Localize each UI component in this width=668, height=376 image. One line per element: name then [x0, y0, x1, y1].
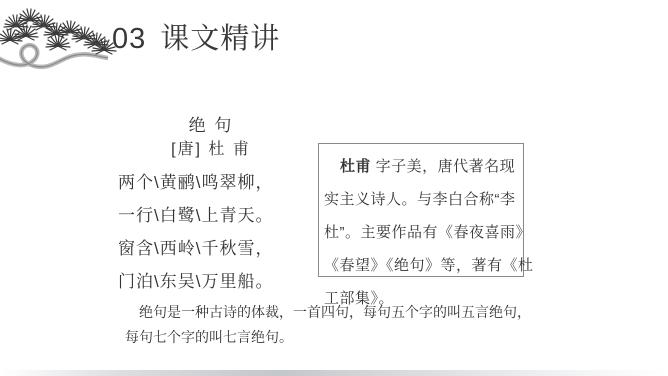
poem-line: 一行\白鹭\上青天。: [118, 199, 304, 232]
note-line: 每句七个字的叫七言绝句。: [125, 325, 545, 350]
section-number: 03: [112, 23, 146, 55]
poem-line: 门泊\东吴\万里船。: [118, 265, 304, 298]
poem-line: 窗含\西岭\千秋雪，: [118, 232, 304, 265]
pine-branch-icon: [0, 6, 118, 78]
note-paragraph: 绝句是一种古诗的体裁，一首四句，每句五个字的叫五言绝句， 每句七个字的叫七言绝句…: [125, 300, 545, 350]
poem-title: 绝 句: [118, 114, 304, 138]
footer-divider-bar: [0, 370, 668, 376]
poem-line: 两个\黄鹂\鸣翠柳，: [118, 166, 304, 199]
author-bio-text: 杜甫 字子美，唐代著名现 实主义诗人。与李白合称“李 杜”。主要作品有《春夜喜雨…: [319, 144, 523, 315]
note-line: 绝句是一种古诗的体裁，一首四句，每句五个字的叫五言绝句，: [125, 300, 545, 325]
bio-line: 杜”。主要作品有《春夜喜雨》: [324, 216, 523, 249]
bio-line: 杜甫 字子美，唐代著名现: [324, 150, 523, 183]
author-bio-box: 杜甫 字子美，唐代著名现 实主义诗人。与李白合称“李 杜”。主要作品有《春夜喜雨…: [318, 143, 524, 277]
section-title: 课文精讲: [160, 23, 280, 55]
page-title: 03课文精讲: [112, 22, 280, 56]
bio-line: 实主义诗人。与李白合称“李: [324, 183, 523, 216]
bio-line-rest: 字子美，唐代著名现: [371, 158, 515, 175]
bio-line: 《春望》《绝句》等，著有《杜: [324, 249, 523, 282]
poem-block: 绝 句 [唐] 杜 甫 两个\黄鹂\鸣翠柳， 一行\白鹭\上青天。 窗含\西岭\…: [118, 114, 304, 298]
poem-author: [唐] 杜 甫: [118, 138, 304, 162]
slide-canvas: 03课文精讲 绝 句 [唐] 杜 甫 两个\黄鹂\鸣翠柳， 一行\白鹭\上青天。…: [0, 0, 668, 376]
poem-lines: 两个\黄鹂\鸣翠柳， 一行\白鹭\上青天。 窗含\西岭\千秋雪， 门泊\东吴\万…: [118, 166, 304, 298]
author-name: 杜甫: [340, 158, 371, 175]
